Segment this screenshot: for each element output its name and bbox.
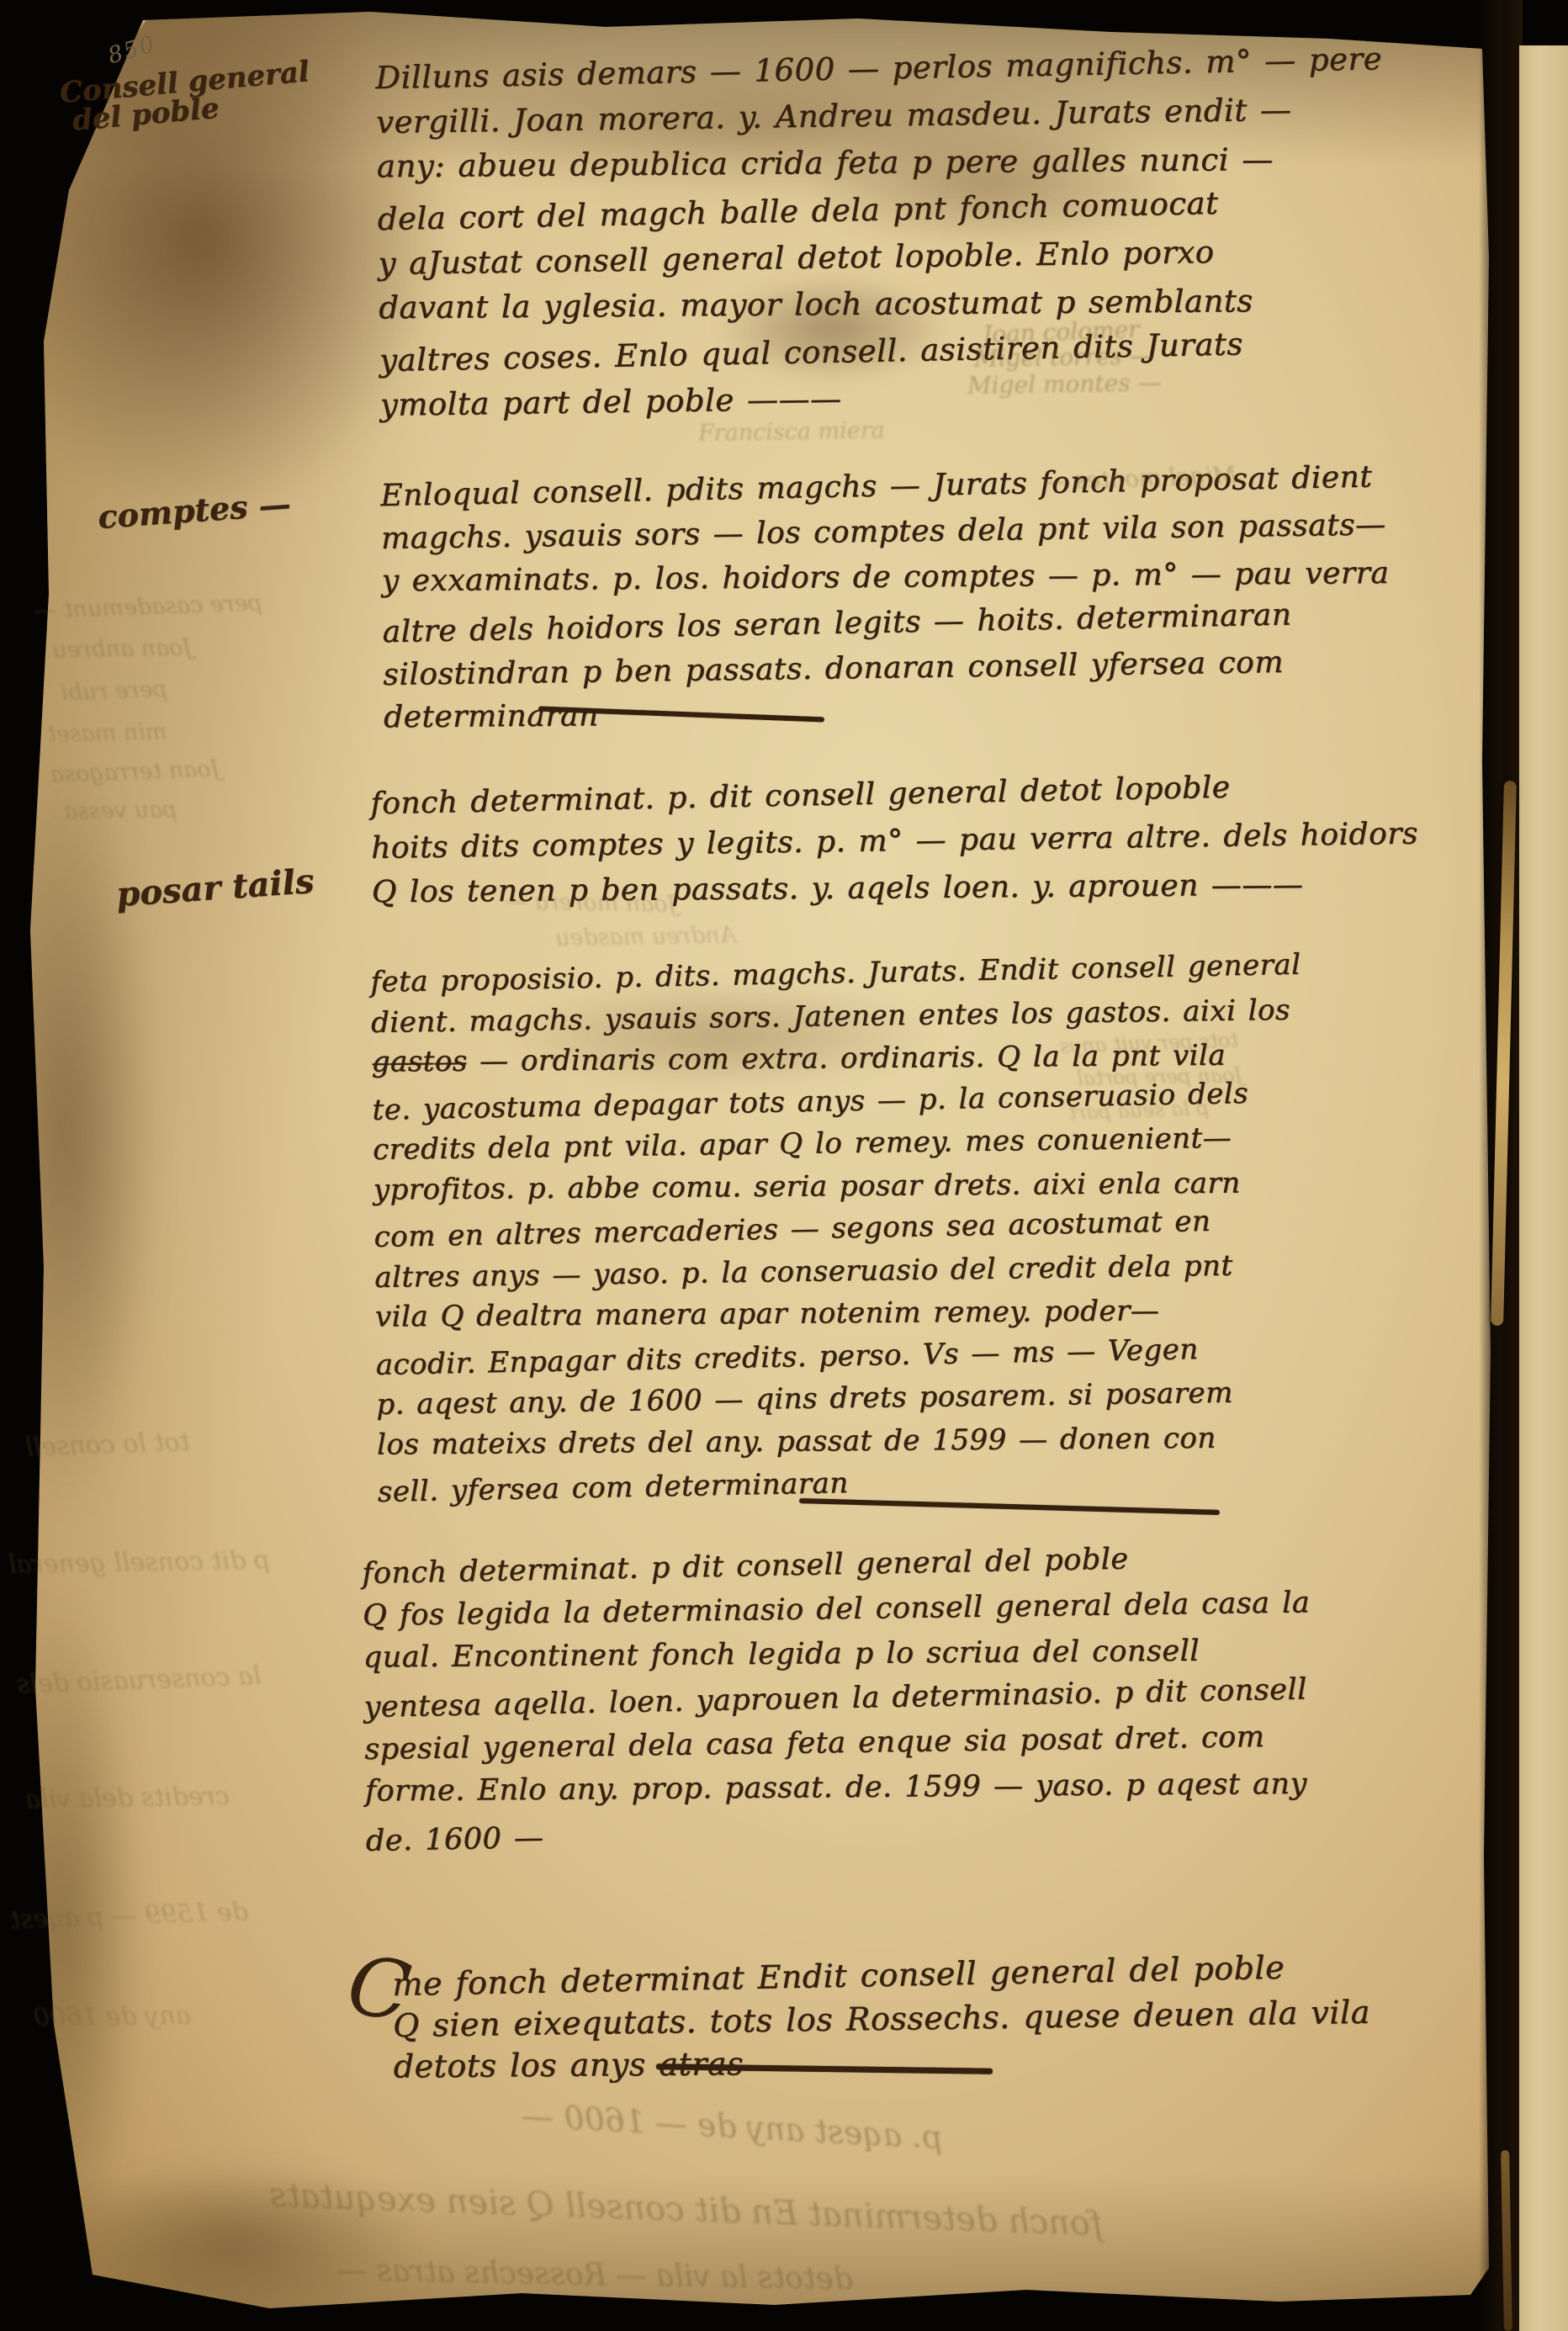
bleed-through-text: p la seua part — [1068, 1096, 1210, 1125]
manuscript-line: detots los anys atras — [394, 2037, 1371, 2088]
bleed-through-text: Andreu masdeu — [555, 922, 737, 951]
manuscript-scene: 850 Consell general del poble comptes — … — [0, 0, 1568, 2331]
bleed-through-text: credits dela vila — [25, 1782, 230, 1814]
bleed-through-text: min maset — [47, 719, 167, 747]
bleed-through-text: Migel torres — — [974, 342, 1153, 373]
bleed-through-text: tot lo consell — [24, 1428, 190, 1463]
paragraph-talls-determination: fonch determinat. p dit consell general … — [362, 1536, 1313, 1862]
paragraph-comptes-proposal: Enloqual consell. pdits magchs — Jurats … — [380, 457, 1391, 744]
bleed-through-text: Francisca miera — [698, 417, 885, 447]
bleed-through-text: p dit consell general — [8, 1545, 271, 1579]
bleed-through-text: pau vessa — [64, 797, 177, 824]
bleed-through-text: pere rubi — [60, 676, 167, 706]
manuscript-line: determinaran — [384, 687, 1391, 740]
stain-left-edge — [0, 745, 160, 1519]
bleed-through-text: Joan pere portal — [1077, 1063, 1243, 1089]
bleed-through-text: Joan morera — — [505, 888, 677, 918]
bleed-through-text: any de 1600 — [34, 2000, 191, 2032]
next-page-edge — [1519, 45, 1568, 2331]
paragraph-convocation: Dilluns asis demars — 1600 — perlos magn… — [375, 38, 1387, 429]
bleed-through-text: Migel montes — — [967, 368, 1162, 400]
bleed-through-text: Joan anbreu — [52, 635, 193, 664]
